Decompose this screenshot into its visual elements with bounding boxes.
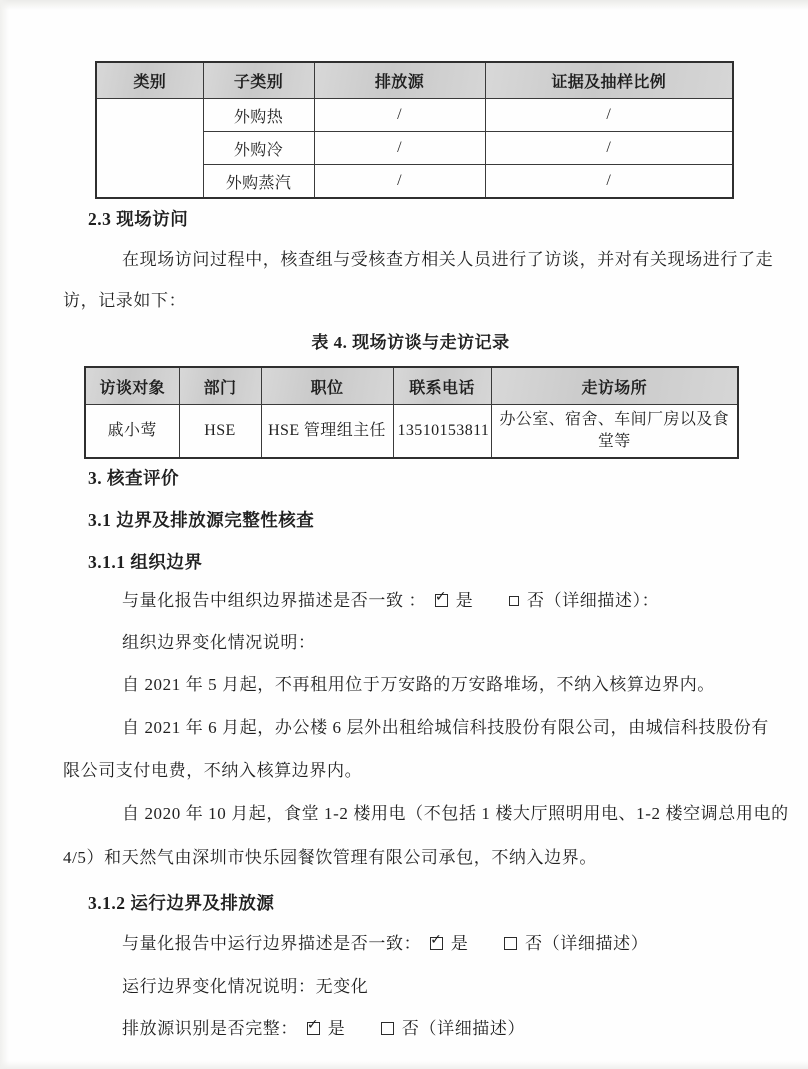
col-header-phone: 联系电话 [393,367,491,405]
section-heading-3: 3. 核查评价 [88,465,179,490]
checklist-yes-label: 是 [328,1019,346,1038]
col-header-category: 类别 [96,62,203,99]
table-cell-subcategory: 外购冷 [203,132,314,165]
table-cell-evidence: / [485,132,733,165]
table-cell-source: / [314,165,485,199]
table-cell-visit-places: 办公室、宿舍、车间厂房以及食堂等 [491,405,738,459]
document-page: 类别 子类别 排放源 证据及抽样比例 外购热 / / 外购冷 / / 外购蒸汽 … [0,0,808,1069]
table-header-row: 访谈对象 部门 职位 联系电话 走访场所 [85,367,738,405]
table-cell-source: / [314,132,485,165]
scan-edge-shading-left [0,0,9,1069]
col-header-subcategory: 子类别 [203,62,314,99]
paragraph-line: 自 2020 年 10 月起，食堂 1-2 楼用电（不包括 1 楼大厅照明用电、… [122,803,789,825]
section-heading-3-1-2: 3.1.2 运行边界及排放源 [88,890,274,915]
checklist-yes-label: 是 [456,591,474,610]
checklist-question: 与量化报告中组织边界描述是否一致 ： [122,591,426,610]
table-cell-evidence: / [485,165,733,199]
paragraph-line: 运行边界变化情况说明：无变化 [122,976,368,998]
checklist-line-op-boundary: 与量化报告中运行边界描述是否一致： ✓ 是 否（详细描述） [122,933,648,955]
checkbox-checked-icon: ✓ [435,594,448,607]
paragraph-line: 限公司支付电费，不纳入核算边界内。 [63,760,362,782]
checkbox-unchecked-icon [381,1022,394,1035]
table-cell-subcategory: 外购蒸汽 [203,165,314,199]
paragraph-line: 访，记录如下： [63,290,186,312]
section-heading-2-3: 2.3 现场访问 [88,206,188,231]
scan-edge-shading-bottom [0,1061,808,1069]
col-header-visit-places: 走访场所 [491,367,738,405]
checklist-no-label: 否（详细描述） [402,1019,525,1038]
checklist-yes-label: 是 [451,934,469,953]
checklist-question: 与量化报告中运行边界描述是否一致： [122,934,421,953]
scan-edge-shading-top [0,0,808,10]
col-header-position: 职位 [261,367,393,405]
col-header-evidence: 证据及抽样比例 [485,62,733,99]
table-caption: 表 4. 现场访谈与走访记录 [84,328,737,353]
table-cell-category-merged [96,99,203,199]
paragraph-line: 4/5）和天然气由深圳市快乐园餐饮管理有限公司承包，不纳入边界。 [63,847,597,869]
table-cell-evidence: / [485,99,733,132]
checklist-no-label: 否（详细描述）： [527,591,659,610]
table-header-row: 类别 子类别 排放源 证据及抽样比例 [96,62,733,99]
checklist-question: 排放源识别是否完整： [122,1019,298,1038]
check-mark-icon: ✓ [307,1018,319,1032]
paragraph-line: 自 2021 年 6 月起，办公楼 6 层外出租给城信科技股份有限公司，由城信科… [122,717,769,739]
checklist-line-emission-sources: 排放源识别是否完整： ✓ 是 否（详细描述） [122,1018,525,1040]
checklist-line-org-boundary: 与量化报告中组织边界描述是否一致 ： ✓ 是 否（详细描述）： [122,590,659,612]
checklist-no-label: 否（详细描述） [525,934,648,953]
table-cell-subcategory: 外购热 [203,99,314,132]
checkbox-checked-icon: ✓ [307,1022,320,1035]
table-cell-position: HSE 管理组主任 [261,405,393,459]
interview-record-table: 访谈对象 部门 职位 联系电话 走访场所 戚小莺 HSE HSE 管理组主任 1… [84,366,739,459]
check-mark-icon: ✓ [435,590,447,604]
col-header-department: 部门 [179,367,261,405]
checkbox-checked-icon: ✓ [430,937,443,950]
checkbox-unchecked-icon [509,596,519,606]
col-header-interviewee: 访谈对象 [85,367,179,405]
table-row: 戚小莺 HSE HSE 管理组主任 13510153811 办公室、宿舍、车间厂… [85,405,738,459]
emission-source-table: 类别 子类别 排放源 证据及抽样比例 外购热 / / 外购冷 / / 外购蒸汽 … [95,61,734,199]
paragraph-line: 组织边界变化情况说明： [122,632,316,654]
table-row: 外购热 / / [96,99,733,132]
check-mark-icon: ✓ [430,933,442,947]
paragraph-line: 在现场访问过程中，核查组与受核查方相关人员进行了访谈，并对有关现场进行了走 [122,249,773,271]
section-heading-3-1-1: 3.1.1 组织边界 [88,549,202,574]
section-heading-3-1: 3.1 边界及排放源完整性核查 [88,507,314,532]
table-cell-phone: 13510153811 [393,405,491,459]
paragraph-line: 自 2021 年 5 月起，不再租用位于万安路的万安路堆场，不纳入核算边界内。 [122,674,715,696]
col-header-emission-source: 排放源 [314,62,485,99]
checkbox-unchecked-icon [504,937,517,950]
table-cell-interviewee: 戚小莺 [85,405,179,459]
table-cell-department: HSE [179,405,261,459]
table-cell-source: / [314,99,485,132]
